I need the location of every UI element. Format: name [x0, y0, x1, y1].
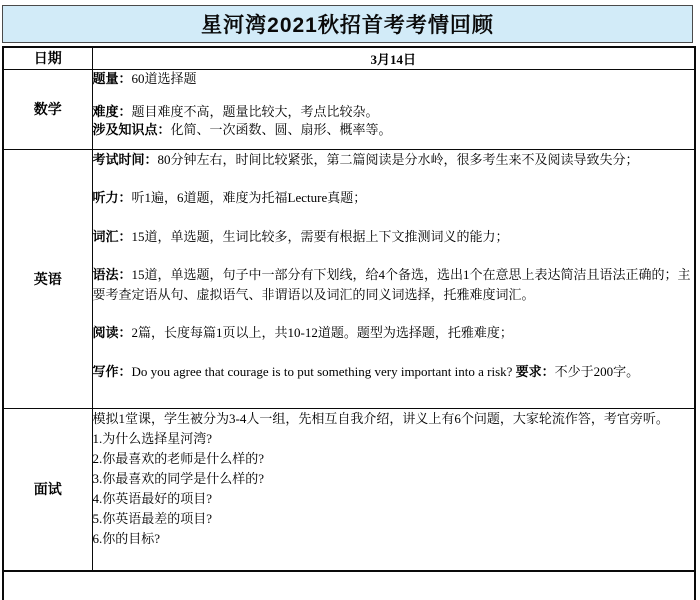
date-value-cell: 3月14日	[92, 47, 695, 69]
english-writing-requirement-text: 不少于200字。	[555, 364, 640, 379]
math-row: 数学 题量：60道选择题 难度：题目难度不高，题量比较大，考点比较杂。 涉及知识…	[3, 69, 695, 149]
english-writing-line: 写作：Do you agree that courage is to put s…	[93, 362, 695, 382]
english-writing-text: Do you agree that courage is to put some…	[132, 364, 516, 379]
interview-question-2: 2.你最喜欢的老师是什么样的?	[93, 449, 695, 469]
interview-question-3: 3.你最喜欢的同学是什么样的?	[93, 469, 695, 489]
english-reading-line: 阅读：2篇，长度每篇1页以上，共10-12道题。题型为选择题，托雅难度；	[93, 323, 695, 343]
english-writing-label: 写作：	[93, 364, 132, 379]
exam-review-table: 日期 3月14日 数学 题量：60道选择题 难度：题目难度不高，题量比较大，考点…	[2, 46, 696, 600]
date-label-cell: 日期	[3, 47, 92, 69]
english-listening-text: 听1遍，6道题，难度为托福Lecture真题；	[132, 190, 367, 205]
english-grammar-line: 语法：15道，单选题，句子中一部分有下划线，给4个备选，选出1个在意思上表达简洁…	[93, 265, 695, 304]
date-header-row: 日期 3月14日	[3, 47, 695, 69]
math-difficulty-label: 难度：	[93, 104, 132, 119]
interview-question-6: 6.你的目标?	[93, 529, 695, 549]
english-time-label: 考试时间：	[93, 152, 158, 167]
english-row: 英语 考试时间：80分钟左右，时间比较紧张，第二篇阅读是分水岭，很多考生来不及阅…	[3, 149, 695, 408]
interview-content-cell: 模拟1堂课，学生被分为3-4人一组，先相互自我介绍，讲义上有6个问题，大家轮流作…	[92, 408, 695, 571]
math-row-label: 数学	[3, 69, 92, 149]
math-volume-line: 题量：60道选择题	[93, 70, 695, 88]
interview-question-4: 4.你英语最好的项目?	[93, 489, 695, 509]
empty-bottom-cell	[3, 571, 695, 600]
math-topics-text: 化简、一次函数、圆、扇形、概率等。	[171, 122, 392, 137]
math-topics-line: 涉及知识点：化简、一次函数、圆、扇形、概率等。	[93, 121, 695, 139]
interview-question-5: 5.你英语最差的项目?	[93, 509, 695, 529]
english-listening-label: 听力：	[93, 190, 132, 205]
interview-intro-line: 模拟1堂课，学生被分为3-4人一组，先相互自我介绍，讲义上有6个问题，大家轮流作…	[93, 409, 695, 429]
english-reading-label: 阅读：	[93, 325, 132, 340]
math-difficulty-text: 题目难度不高，题量比较大，考点比较杂。	[132, 104, 379, 119]
math-volume-label: 题量：	[93, 71, 132, 86]
english-content-cell: 考试时间：80分钟左右，时间比较紧张，第二篇阅读是分水岭，很多考生来不及阅读导致…	[92, 149, 695, 408]
math-topics-label: 涉及知识点：	[93, 122, 171, 137]
english-listening-line: 听力：听1遍，6道题，难度为托福Lecture真题；	[93, 188, 695, 208]
exam-review-sheet: 星河湾2021秋招首考考情回顾 日期 3月14日 数学 题量：60道选择题 难度…	[0, 0, 700, 600]
empty-bottom-row	[3, 571, 695, 600]
english-grammar-label: 语法：	[93, 267, 132, 282]
english-vocabulary-line: 词汇：15道，单选题，生词比较多，需要有根据上下文推测词义的能力；	[93, 227, 695, 247]
english-writing-requirement-label: 要求：	[516, 364, 555, 379]
english-reading-text: 2篇，长度每篇1页以上，共10-12道题。题型为选择题，托雅难度；	[132, 325, 513, 340]
math-difficulty-line: 难度：题目难度不高，题量比较大，考点比较杂。	[93, 103, 695, 121]
english-time-line: 考试时间：80分钟左右，时间比较紧张，第二篇阅读是分水岭，很多考生来不及阅读导致…	[93, 150, 695, 170]
interview-question-1: 1.为什么选择星河湾?	[93, 429, 695, 449]
english-vocabulary-text: 15道，单选题，生词比较多，需要有根据上下文推测词义的能力；	[132, 229, 509, 244]
math-content-cell: 题量：60道选择题 难度：题目难度不高，题量比较大，考点比较杂。 涉及知识点：化…	[92, 69, 695, 149]
english-time-text: 80分钟左右，时间比较紧张，第二篇阅读是分水岭，很多考生来不及阅读导致失分；	[158, 152, 639, 167]
english-row-label: 英语	[3, 149, 92, 408]
english-vocabulary-label: 词汇：	[93, 229, 132, 244]
math-volume-text: 60道选择题	[132, 71, 197, 86]
interview-row-label: 面试	[3, 408, 92, 571]
page-title: 星河湾2021秋招首考考情回顾	[2, 5, 693, 43]
english-grammar-text: 15道，单选题，句子中一部分有下划线，给4个备选，选出1个在意思上表达简洁且语法…	[93, 267, 691, 302]
interview-row: 面试 模拟1堂课，学生被分为3-4人一组，先相互自我介绍，讲义上有6个问题，大家…	[3, 408, 695, 571]
